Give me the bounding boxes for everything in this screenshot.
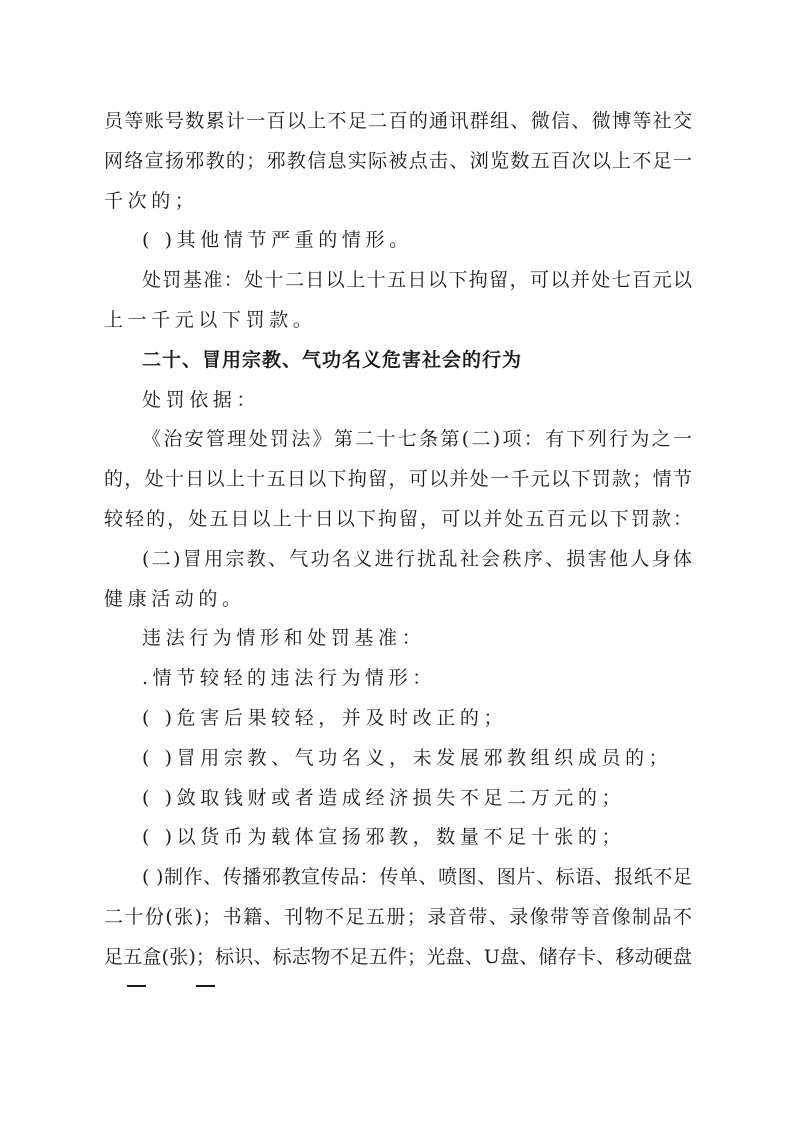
text-line-1: 员等账号数累计一百以上不足二百的通讯群组、微信、微博等社交 <box>104 102 692 142</box>
list-item-minor-consequence: ( )危害后果较轻，并及时改正的； <box>104 699 692 739</box>
list-item-materials-line-3: 足五盒(张)；标识、标志物不足五件；光盘、U盘、储存卡、移动硬盘 <box>104 938 692 978</box>
law-citation-line-2: 的，处十日以上十五日以下拘留，可以并处一千元以下罚款；情节 <box>104 460 692 500</box>
list-item-currency: ( )以货币为载体宣扬邪教，数量不足十张的； <box>104 818 692 858</box>
violation-standard-label: 违法行为情形和处罚基准： <box>104 619 692 659</box>
law-citation-line-1: 《治安管理处罚法》第二十七条第(二)项：有下列行为之一 <box>104 420 692 460</box>
section-heading: 二十、冒用宗教、气功名义危害社会的行为 <box>104 341 692 381</box>
page-number-right-dash <box>196 985 215 986</box>
document-page: 员等账号数累计一百以上不足二百的通讯群组、微信、微博等社交 网络宣扬邪教的；邪教… <box>104 102 692 978</box>
list-item-materials-line-1: ( )制作、传播邪教宣传品：传单、喷图、图片、标语、报纸不足 <box>104 858 692 898</box>
minor-circumstances-label: .情节较轻的违法行为情形： <box>104 659 692 699</box>
penalty-basis-label: 处罚依据： <box>104 381 692 421</box>
penalty-standard-line-2: 上一千元以下罚款。 <box>104 301 692 341</box>
list-item-money-loss: ( )敛取钱财或者造成经济损失不足二万元的； <box>104 779 692 819</box>
page-number-left-dash <box>127 985 146 986</box>
penalty-standard-line-1: 处罚基准：处十二日以上十五日以下拘留，可以并处七百元以 <box>104 261 692 301</box>
list-item-no-members: ( )冒用宗教、气功名义，未发展邪教组织成员的； <box>104 739 692 779</box>
law-item-2-line-1: (二)冒用宗教、气功名义进行扰乱社会秩序、损害他人身体 <box>104 540 692 580</box>
list-item-materials-line-2: 二十份(张)；书籍、刊物不足五册；录音带、录像带等音像制品不 <box>104 898 692 938</box>
text-line-3: 千次的； <box>104 182 692 222</box>
text-line-2: 网络宣扬邪教的；邪教信息实际被点击、浏览数五百次以上不足一 <box>104 142 692 182</box>
law-citation-line-3: 较轻的，处五日以上十日以下拘留，可以并处五百元以下罚款： <box>104 500 692 540</box>
list-item-other-serious: ( )其他情节严重的情形。 <box>104 221 692 261</box>
law-item-2-line-2: 健康活动的。 <box>104 580 692 620</box>
page-number <box>127 975 215 996</box>
